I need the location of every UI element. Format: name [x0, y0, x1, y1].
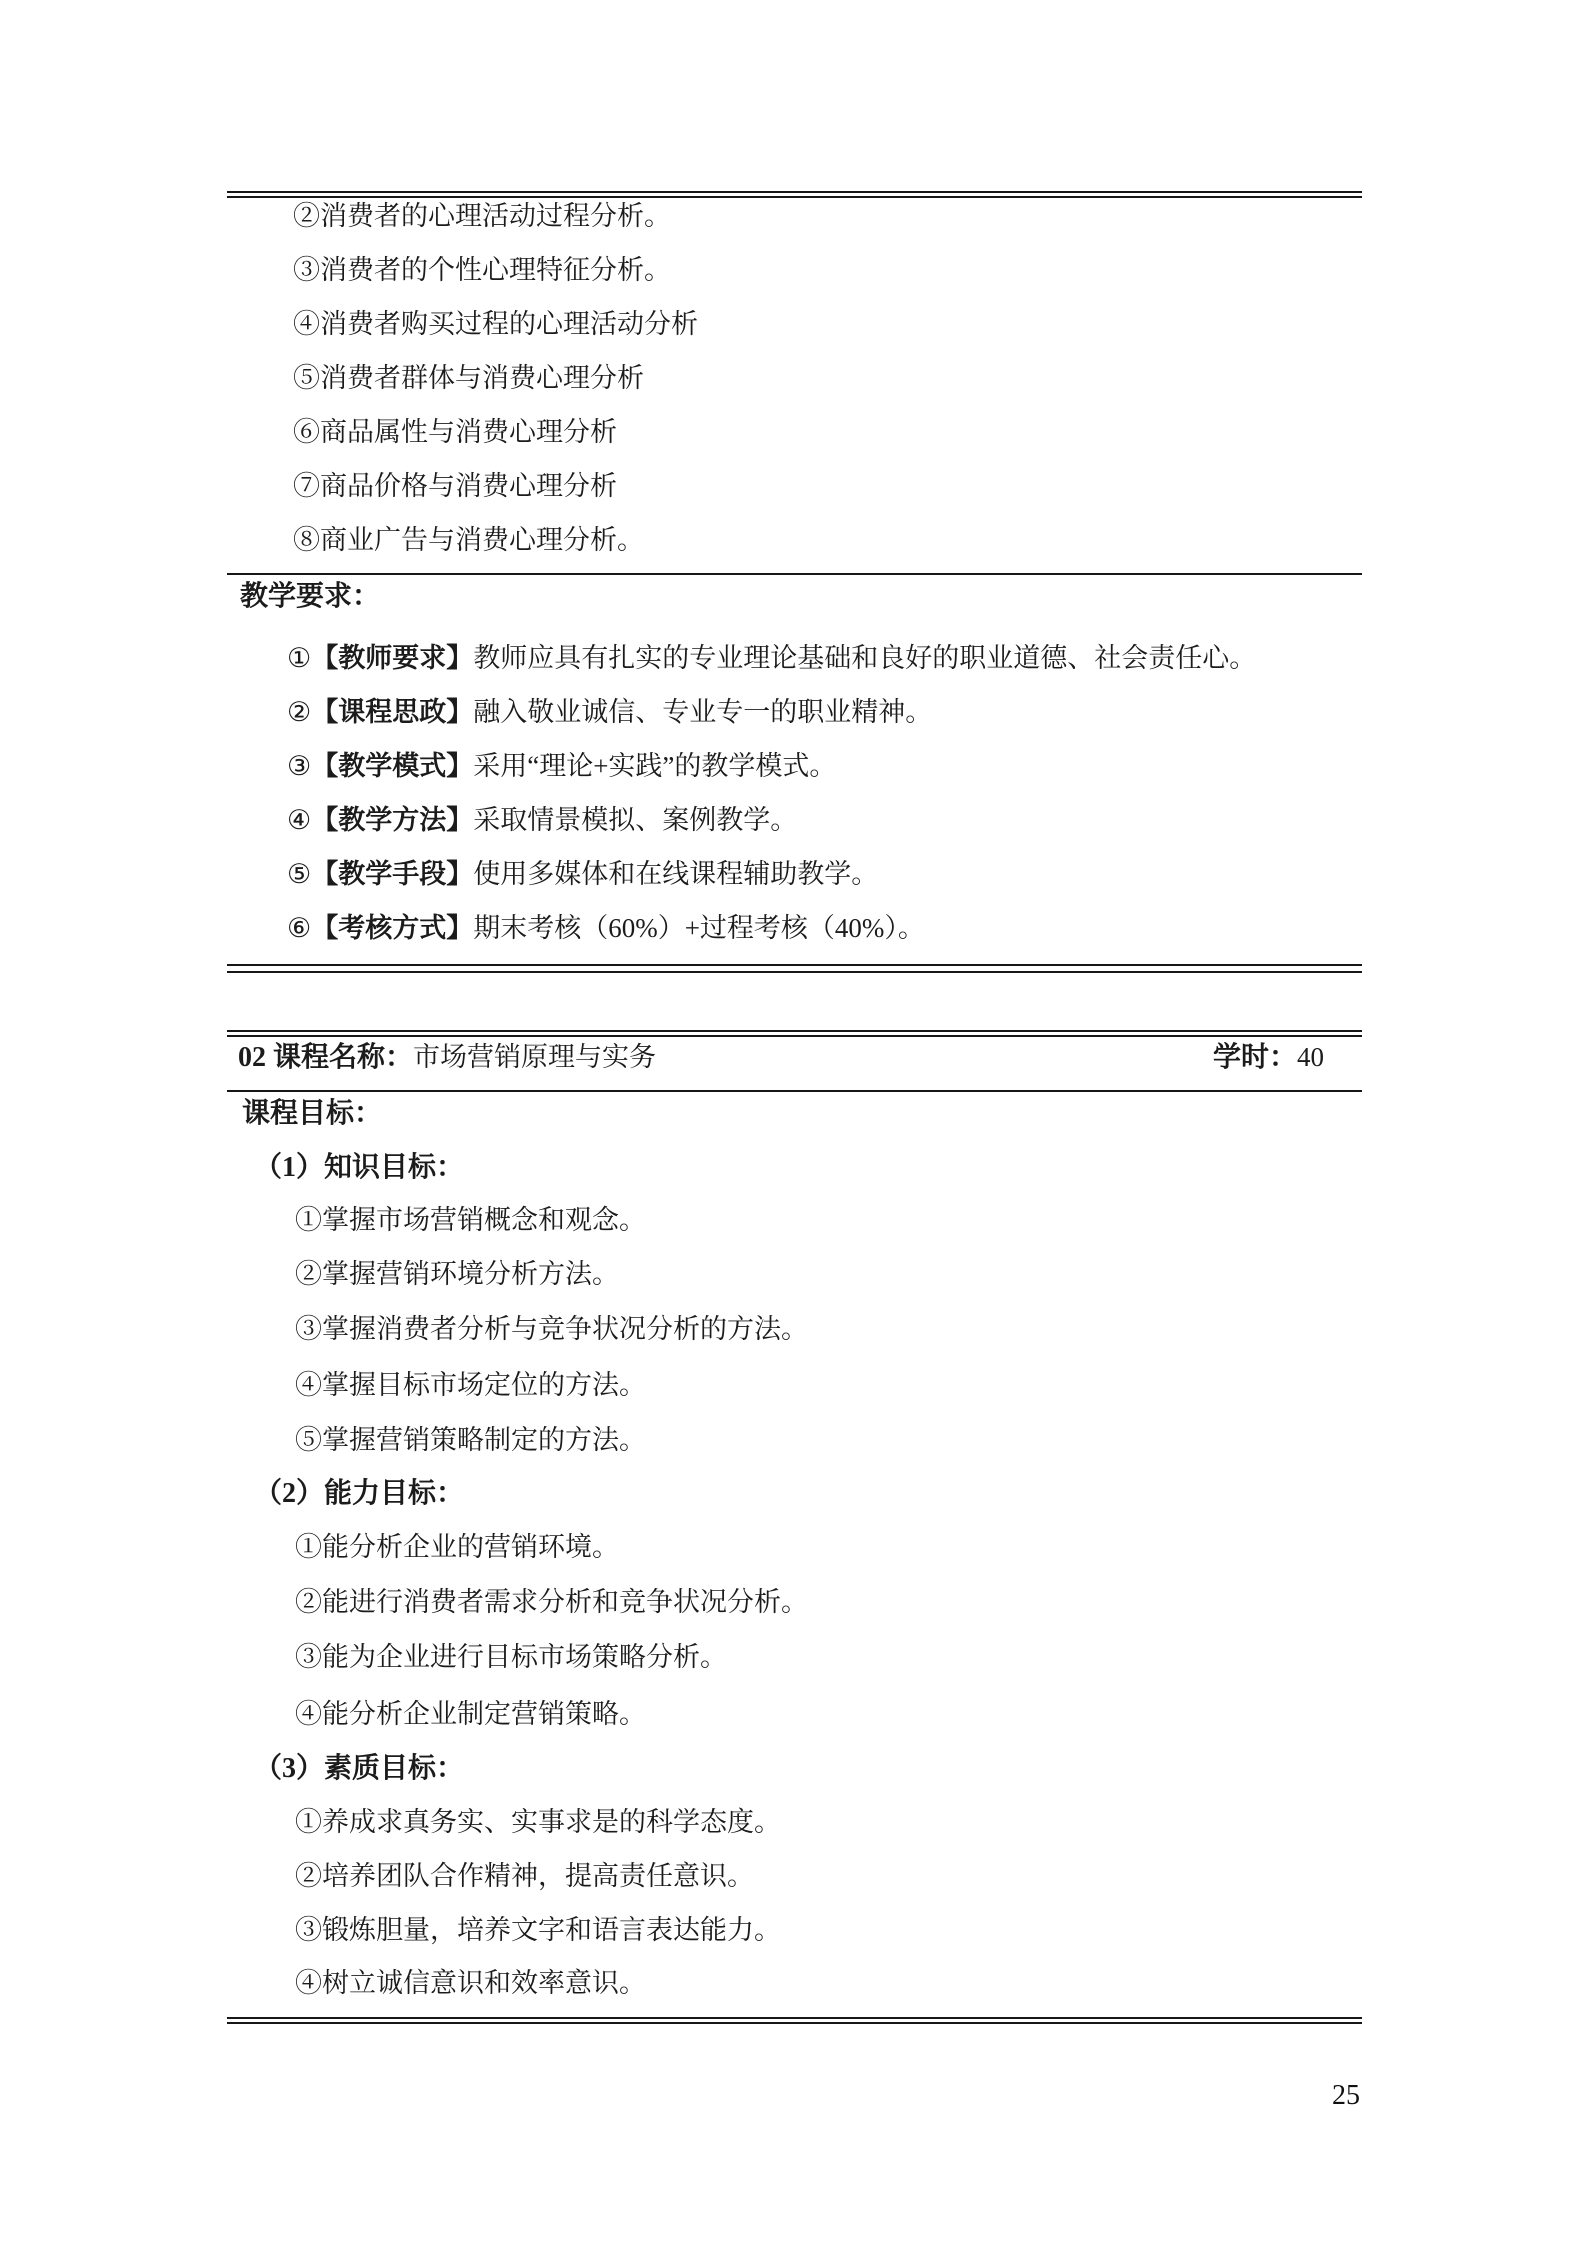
- course-objectives-heading: 课程目标：: [242, 1097, 382, 1130]
- teaching-requirement-item: ⑤【教学手段】使用多媒体和在线课程辅助教学。: [287, 858, 878, 891]
- objective-group-heading-knowledge: （1）知识目标：: [254, 1151, 464, 1184]
- item-text: 使用多媒体和在线课程辅助教学。: [473, 859, 878, 889]
- objective-item: ③锻炼胆量，培养文字和语言表达能力。: [295, 1914, 781, 1947]
- objective-item: ③掌握消费者分析与竞争状况分析的方法。: [295, 1313, 808, 1346]
- objective-item: ①养成求真务实、实事求是的科学态度。: [295, 1806, 781, 1839]
- item-text: 期末考核（60%）+过程考核（40%）。: [473, 913, 925, 943]
- table1-top-double-border: [227, 191, 1362, 198]
- course-content-item: ②消费者的心理活动过程分析。: [293, 200, 671, 233]
- item-circled-number: ⑤: [287, 859, 311, 889]
- table1-row-divider: [227, 573, 1362, 575]
- item-bracket-label: 【教学手段】: [311, 859, 473, 889]
- document-page: ②消费者的心理活动过程分析。 ③消费者的个性心理特征分析。 ④消费者购买过程的心…: [0, 0, 1587, 2245]
- objective-group-heading-ability: （2）能力目标：: [254, 1477, 464, 1510]
- table2-header-divider: [227, 1090, 1362, 1092]
- item-bracket-label: 【课程思政】: [311, 697, 473, 727]
- table1-bottom-double-border: [227, 964, 1362, 973]
- course-name: 市场营销原理与实务: [413, 1042, 656, 1072]
- course-content-item: ⑦商品价格与消费心理分析: [293, 470, 617, 503]
- course-content-item: ③消费者的个性心理特征分析。: [293, 254, 671, 287]
- page-number: 25: [1332, 2080, 1360, 2112]
- item-text: 采用“理论+实践”的教学模式。: [473, 751, 836, 781]
- objective-item: ⑤掌握营销策略制定的方法。: [295, 1424, 646, 1457]
- course-hours: 学时：40: [1213, 1041, 1324, 1074]
- table2-bottom-double-border: [227, 2017, 1362, 2024]
- teaching-requirement-item: ⑥【考核方式】期末考核（60%）+过程考核（40%）。: [287, 912, 925, 945]
- objective-item: ④树立诚信意识和效率意识。: [295, 1967, 646, 2000]
- course-header-row: 02 课程名称：市场营销原理与实务: [238, 1041, 656, 1074]
- objective-item: ④能分析企业制定营销策略。: [295, 1698, 646, 1731]
- item-bracket-label: 【教师要求】: [311, 643, 473, 673]
- teaching-requirement-item: ④【教学方法】采取情景模拟、案例教学。: [287, 804, 797, 837]
- teaching-requirements-heading: 教学要求：: [240, 580, 380, 613]
- item-bracket-label: 【考核方式】: [311, 913, 473, 943]
- item-circled-number: ③: [287, 751, 311, 781]
- hours-value: 40: [1297, 1042, 1324, 1072]
- item-text: 教师应具有扎实的专业理论基础和良好的职业道德、社会责任心。: [473, 643, 1256, 673]
- objective-item: ③能为企业进行目标市场策略分析。: [295, 1641, 727, 1674]
- course-content-item: ④消费者购买过程的心理活动分析: [293, 308, 698, 341]
- objective-item: ②能进行消费者需求分析和竞争状况分析。: [295, 1586, 808, 1619]
- objective-item: ④掌握目标市场定位的方法。: [295, 1369, 646, 1402]
- objective-group-heading-quality: （3）素质目标：: [254, 1752, 464, 1785]
- objective-item: ①掌握市场营销概念和观念。: [295, 1204, 646, 1237]
- item-circled-number: ⑥: [287, 913, 311, 943]
- course-content-item: ⑧商业广告与消费心理分析。: [293, 524, 644, 557]
- course-content-item: ⑥商品属性与消费心理分析: [293, 416, 617, 449]
- objective-item: ②培养团队合作精神，提高责任意识。: [295, 1860, 754, 1893]
- course-number-label: 02 课程名称：: [238, 1042, 413, 1073]
- table2-top-double-border: [227, 1030, 1362, 1037]
- objective-item: ②掌握营销环境分析方法。: [295, 1258, 619, 1291]
- item-circled-number: ②: [287, 697, 311, 727]
- item-circled-number: ④: [287, 805, 311, 835]
- teaching-requirement-item: ①【教师要求】教师应具有扎实的专业理论基础和良好的职业道德、社会责任心。: [287, 642, 1256, 675]
- course-content-item: ⑤消费者群体与消费心理分析: [293, 362, 644, 395]
- item-circled-number: ①: [287, 643, 311, 673]
- teaching-requirement-item: ③【教学模式】采用“理论+实践”的教学模式。: [287, 750, 836, 783]
- objective-item: ①能分析企业的营销环境。: [295, 1531, 619, 1564]
- item-bracket-label: 【教学方法】: [311, 805, 473, 835]
- hours-label: 学时：: [1213, 1042, 1297, 1073]
- item-bracket-label: 【教学模式】: [311, 751, 473, 781]
- item-text: 采取情景模拟、案例教学。: [473, 805, 797, 835]
- teaching-requirement-item: ②【课程思政】融入敬业诚信、专业专一的职业精神。: [287, 696, 932, 729]
- item-text: 融入敬业诚信、专业专一的职业精神。: [473, 697, 932, 727]
